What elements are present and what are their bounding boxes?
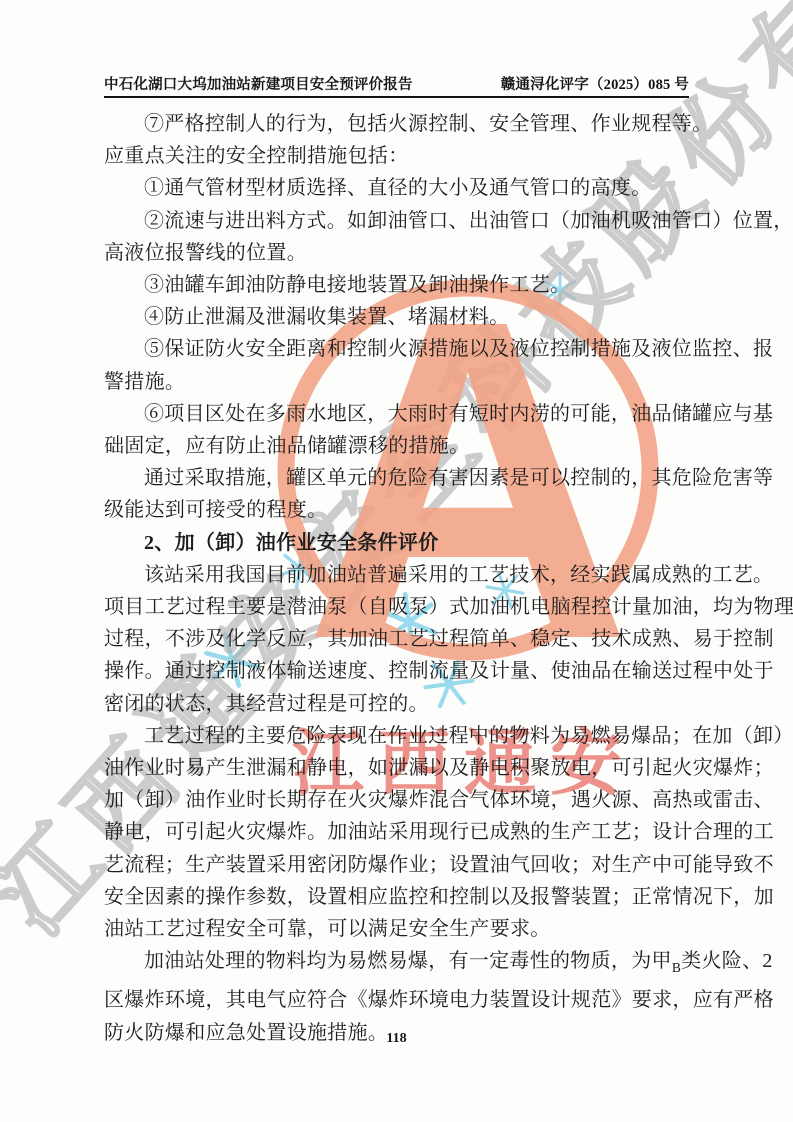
text-line: 项目工艺过程主要是潜油泵（自吸泵）式加油机电脑程控计量加油，均为物理 [104, 591, 692, 623]
text-line: 过程，不涉及化学反应，其加油工艺过程简单、稳定、技术成熟、易于控制 [104, 623, 692, 655]
header-document-number: 赣通浔化评字（2025）085 号 [501, 73, 689, 94]
text-line: ①通气管材型材质选择、直径的大小及通气管口的高度。 [104, 172, 692, 204]
text-line: 油作业时易产生泄漏和静电，如泄漏以及静电积聚放电，可引起火灾爆炸； [104, 752, 692, 784]
text-line: 区爆炸环境，其电气应符合《爆炸环境电力装置设计规范》要求，应有严格 [104, 984, 692, 1016]
text-line: 通过采取措施，罐区单元的危险有害因素是可以控制的，其危险危害等 [104, 462, 692, 494]
header-report-title: 中石化湖口大坞加油站新建项目安全预评价报告 [104, 73, 413, 94]
text-line: ②流速与进出料方式。如卸油管口、出油管口（加油机吸油管口）位置， [104, 205, 692, 237]
text-line: 密闭的状态，其经营过程是可控的。 [104, 688, 692, 720]
text-line: 操作。通过控制液体输送速度、控制流量及计量、使油品在输送过程中处于 [104, 655, 692, 687]
text-line: 高液位报警线的位置。 [104, 237, 692, 269]
text-line: 该站采用我国目前加油站普遍采用的工艺技术，经实践属成熟的工艺。 [104, 559, 692, 591]
text-line: ④防止泄漏及泄漏收集装置、堵漏材料。 [104, 301, 692, 333]
page-footer: 118 [0, 1031, 793, 1047]
text-line: ⑦严格控制人的行为，包括火源控制、安全管理、作业规程等。 [104, 108, 692, 140]
text-line: 静电，可引起火灾爆炸。加油站采用现行已成熟的生产工艺；设计合理的工 [104, 816, 692, 848]
text-line: 加（卸）油作业时长期存在火灾爆炸混合气体环境，遇火源、高热或雷击、 [104, 784, 692, 816]
text-line: 安全因素的操作参数，设置相应监控和控制以及报警装置；正常情况下，加 [104, 881, 692, 913]
text-line: ③油罐车卸油防静电接地装置及卸油操作工艺。 [104, 269, 692, 301]
text-line: 油站工艺过程安全可靠，可以满足安全生产要求。 [104, 913, 692, 945]
text-line: 工艺过程的主要危险表现在作业过程中的物料为易燃易爆品；在加（卸） [104, 720, 692, 752]
text-line: 级能达到可接受的程度。 [104, 494, 692, 526]
header-divider [104, 96, 689, 98]
text-line: 警措施。 [104, 366, 692, 398]
text-line: 加油站处理的物料均为易燃易爆，有一定毒性的物质，为甲B类火险、2 [104, 945, 692, 984]
text-line: ⑥项目区处在多雨水地区，大雨时有短时内涝的可能，油品储罐应与基 [104, 398, 692, 430]
document-body: ⑦严格控制人的行为，包括火源控制、安全管理、作业规程等。应重点关注的安全控制措施… [104, 108, 692, 1049]
text-line: ⑤保证防火安全距离和控制火源措施以及液位控制措施及液位监控、报 [104, 333, 692, 365]
text-line: 艺流程；生产装置采用密闭防爆作业；设置油气回收；对生产中可能导致不 [104, 849, 692, 881]
text-line: 应重点关注的安全控制措施包括： [104, 140, 692, 172]
text-line: 础固定，应有防止油品储罐漂移的措施。 [104, 430, 692, 462]
page-header: 中石化湖口大坞加油站新建项目安全预评价报告 赣通浔化评字（2025）085 号 [104, 70, 689, 94]
section-heading: 2、加（卸）油作业安全条件评价 [104, 527, 692, 559]
page-number: 118 [386, 1031, 406, 1046]
document-page: 江西通安安全科技股份有限公司 A 江西通安 中石化湖口大坞加油站新建项目安全预评… [0, 0, 793, 1122]
